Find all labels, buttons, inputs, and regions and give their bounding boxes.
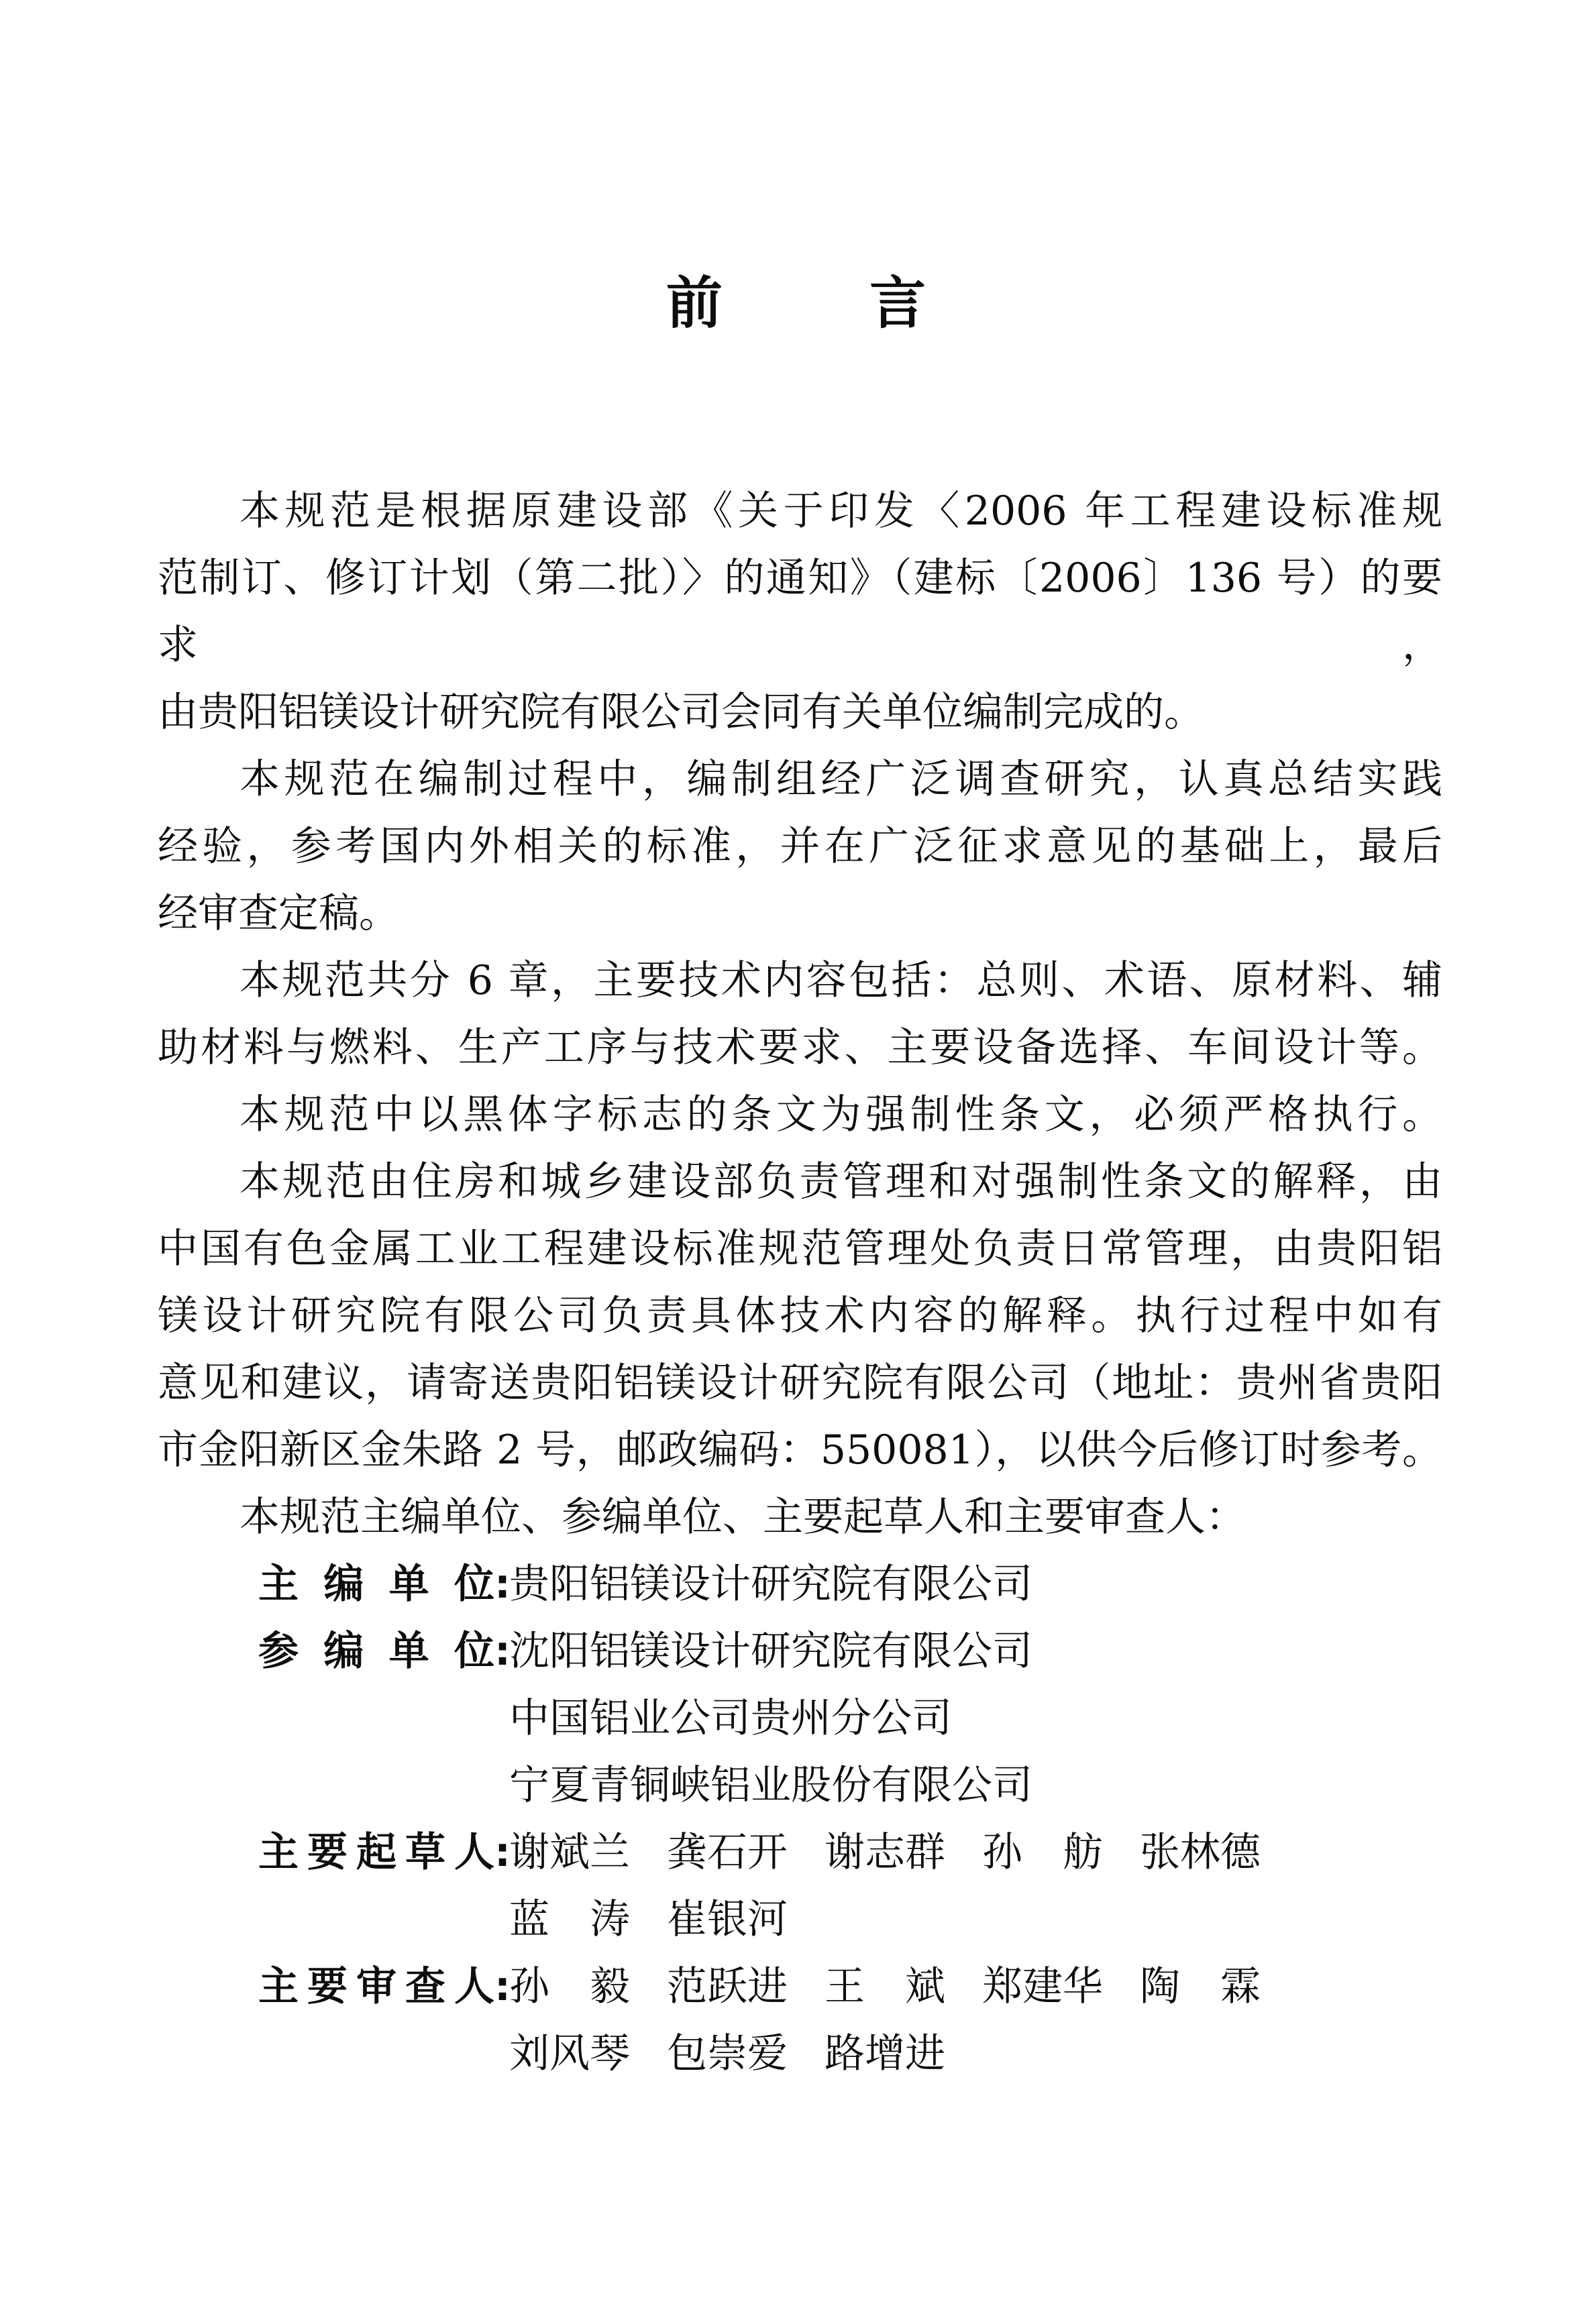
credit-label-char: 参 [258,1618,299,1685]
credit-label-colon: : [494,1819,509,1886]
text-line: 本规范在编制过程中，编制组经广泛调查研究，认真总结实践 [158,746,1442,813]
credit-label-char: 位 [454,1551,494,1618]
credit-continuation-row: 刘风琴包崇爱路增进 [158,2020,1442,2087]
text-line: 中国有色金属工业工程建设标准规范管理处负责日常管理，由贵阳铝 [158,1215,1442,1282]
credit-label-char: 编 [323,1551,364,1618]
credit-name: 贵阳铝镁设计研究院有限公司 [509,1551,1032,1618]
credit-name: 蓝 涛 [509,1886,630,1953]
credit-items: 中国铝业公司贵州分公司 [509,1685,952,1752]
text-line: 本规范是根据原建设部《关于印发〈2006 年工程建设标准规 [158,478,1442,545]
credit-label-char: 主 [258,1819,299,1886]
credit-label-char: 主 [258,1551,299,1618]
credit-label-char: 要 [307,1953,348,2020]
credit-row: 参编单位:沈阳铝镁设计研究院有限公司 [158,1618,1442,1685]
credit-name: 陶 霖 [1140,1953,1261,2020]
text-line: 意见和建议，请寄送贵阳铝镁设计研究院有限公司（地址：贵州省贵阳 [158,1349,1442,1417]
text-line: 本规范中以黑体字标志的条文为强制性条文，必须严格执行。 [158,1081,1442,1148]
text-line: 经验，参考国内外相关的标准，并在广泛征求意见的基础上，最后 [158,813,1442,880]
credit-label: 主要审查人 [258,1953,494,2020]
text-line: 本规范共分 6 章，主要技术内容包括：总则、术语、原材料、辅 [158,947,1442,1014]
page-title: 前 言 [0,268,1592,338]
credit-label-char: 起 [356,1819,396,1886]
credit-name: 崔银河 [667,1886,788,1953]
credit-row: 主要审查人:孙 毅范跃进王 斌郑建华陶 霖 [158,1953,1442,2020]
credit-label: 参编单位 [258,1618,494,1685]
credit-label-colon: : [494,1618,509,1685]
foreword-paragraphs: 本规范是根据原建设部《关于印发〈2006 年工程建设标准规范制订、修订计划（第二… [158,478,1442,1551]
credit-label-char: 位 [454,1618,494,1685]
credit-label-colon: : [494,1953,509,2020]
credit-continuation-row: 中国铝业公司贵州分公司 [158,1685,1442,1752]
credit-label-char: 人 [454,1953,494,2020]
text-line: 范制订、修订计划（第二批）〉的通知》（建标〔2006〕136 号）的要求， [158,545,1442,679]
text-line: 镁设计研究院有限公司负责具体技术内容的解释。执行过程中如有 [158,1282,1442,1349]
text-line: 本规范主编单位、参编单位、主要起草人和主要审查人： [158,1484,1442,1551]
credit-name: 刘风琴 [509,2020,630,2087]
document-page: 前 言 本规范是根据原建设部《关于印发〈2006 年工程建设标准规范制订、修订计… [0,0,1592,2324]
text-line: 市金阳新区金朱路 2 号，邮政编码：550081），以供今后修订时参考。 [158,1417,1442,1484]
credit-label-char: 要 [307,1819,348,1886]
credit-row: 主编单位:贵阳铝镁设计研究院有限公司 [158,1551,1442,1618]
credit-continuation-row: 宁夏青铜峡铝业股份有限公司 [158,1752,1442,1819]
credit-name: 张林德 [1140,1819,1261,1886]
text-line: 经审查定稿。 [158,880,1442,947]
credit-label-colon: : [494,1551,509,1618]
credit-label: 主要起草人 [258,1819,494,1886]
foreword-content: 本规范是根据原建设部《关于印发〈2006 年工程建设标准规范制订、修订计划（第二… [158,478,1442,2087]
credit-items: 贵阳铝镁设计研究院有限公司 [509,1551,1032,1618]
credit-continuation-row: 蓝 涛崔银河 [158,1886,1442,1953]
credit-label-char: 单 [389,1618,429,1685]
credit-label-char: 审 [356,1953,396,2020]
credit-label-char: 主 [258,1953,299,2020]
credit-items: 孙 毅范跃进王 斌郑建华陶 霖 [509,1953,1261,2020]
credit-items: 谢斌兰龚石开谢志群孙 舫张林德 [509,1819,1261,1886]
credit-name: 郑建华 [982,1953,1103,2020]
credit-name: 宁夏青铜峡铝业股份有限公司 [509,1752,1032,1819]
credit-name: 中国铝业公司贵州分公司 [509,1685,952,1752]
credit-name: 谢志群 [825,1819,945,1886]
credit-items: 刘风琴包崇爱路增进 [509,2020,945,2087]
credit-name: 孙 毅 [509,1953,630,2020]
credit-row: 主要起草人:谢斌兰龚石开谢志群孙 舫张林德 [158,1819,1442,1886]
credit-name: 龚石开 [667,1819,788,1886]
credit-name: 路增进 [825,2020,945,2087]
credit-label: 主编单位 [258,1551,494,1618]
text-line: 本规范由住房和城乡建设部负责管理和对强制性条文的解释，由 [158,1148,1442,1215]
credit-items: 宁夏青铜峡铝业股份有限公司 [509,1752,1032,1819]
credit-label-char: 查 [405,1953,445,2020]
page-title-char-2: 言 [869,268,926,338]
credit-name: 孙 舫 [982,1819,1103,1886]
credits-section: 主编单位:贵阳铝镁设计研究院有限公司参编单位:沈阳铝镁设计研究院有限公司中国铝业… [158,1551,1442,2087]
credit-label-char: 单 [389,1551,429,1618]
credit-name: 王 斌 [825,1953,945,2020]
credit-name: 谢斌兰 [509,1819,630,1886]
credit-label-char: 草 [405,1819,445,1886]
page-title-char-1: 前 [666,268,723,338]
text-line: 由贵阳铝镁设计研究院有限公司会同有关单位编制完成的。 [158,679,1442,746]
text-line: 助材料与燃料、生产工序与技术要求、主要设备选择、车间设计等。 [158,1014,1442,1081]
credit-items: 沈阳铝镁设计研究院有限公司 [509,1618,1032,1685]
credit-name: 沈阳铝镁设计研究院有限公司 [509,1618,1032,1685]
credit-label-char: 编 [323,1618,364,1685]
credit-items: 蓝 涛崔银河 [509,1886,788,1953]
credit-name: 范跃进 [667,1953,788,2020]
credit-label-char: 人 [454,1819,494,1886]
credit-name: 包崇爱 [667,2020,788,2087]
